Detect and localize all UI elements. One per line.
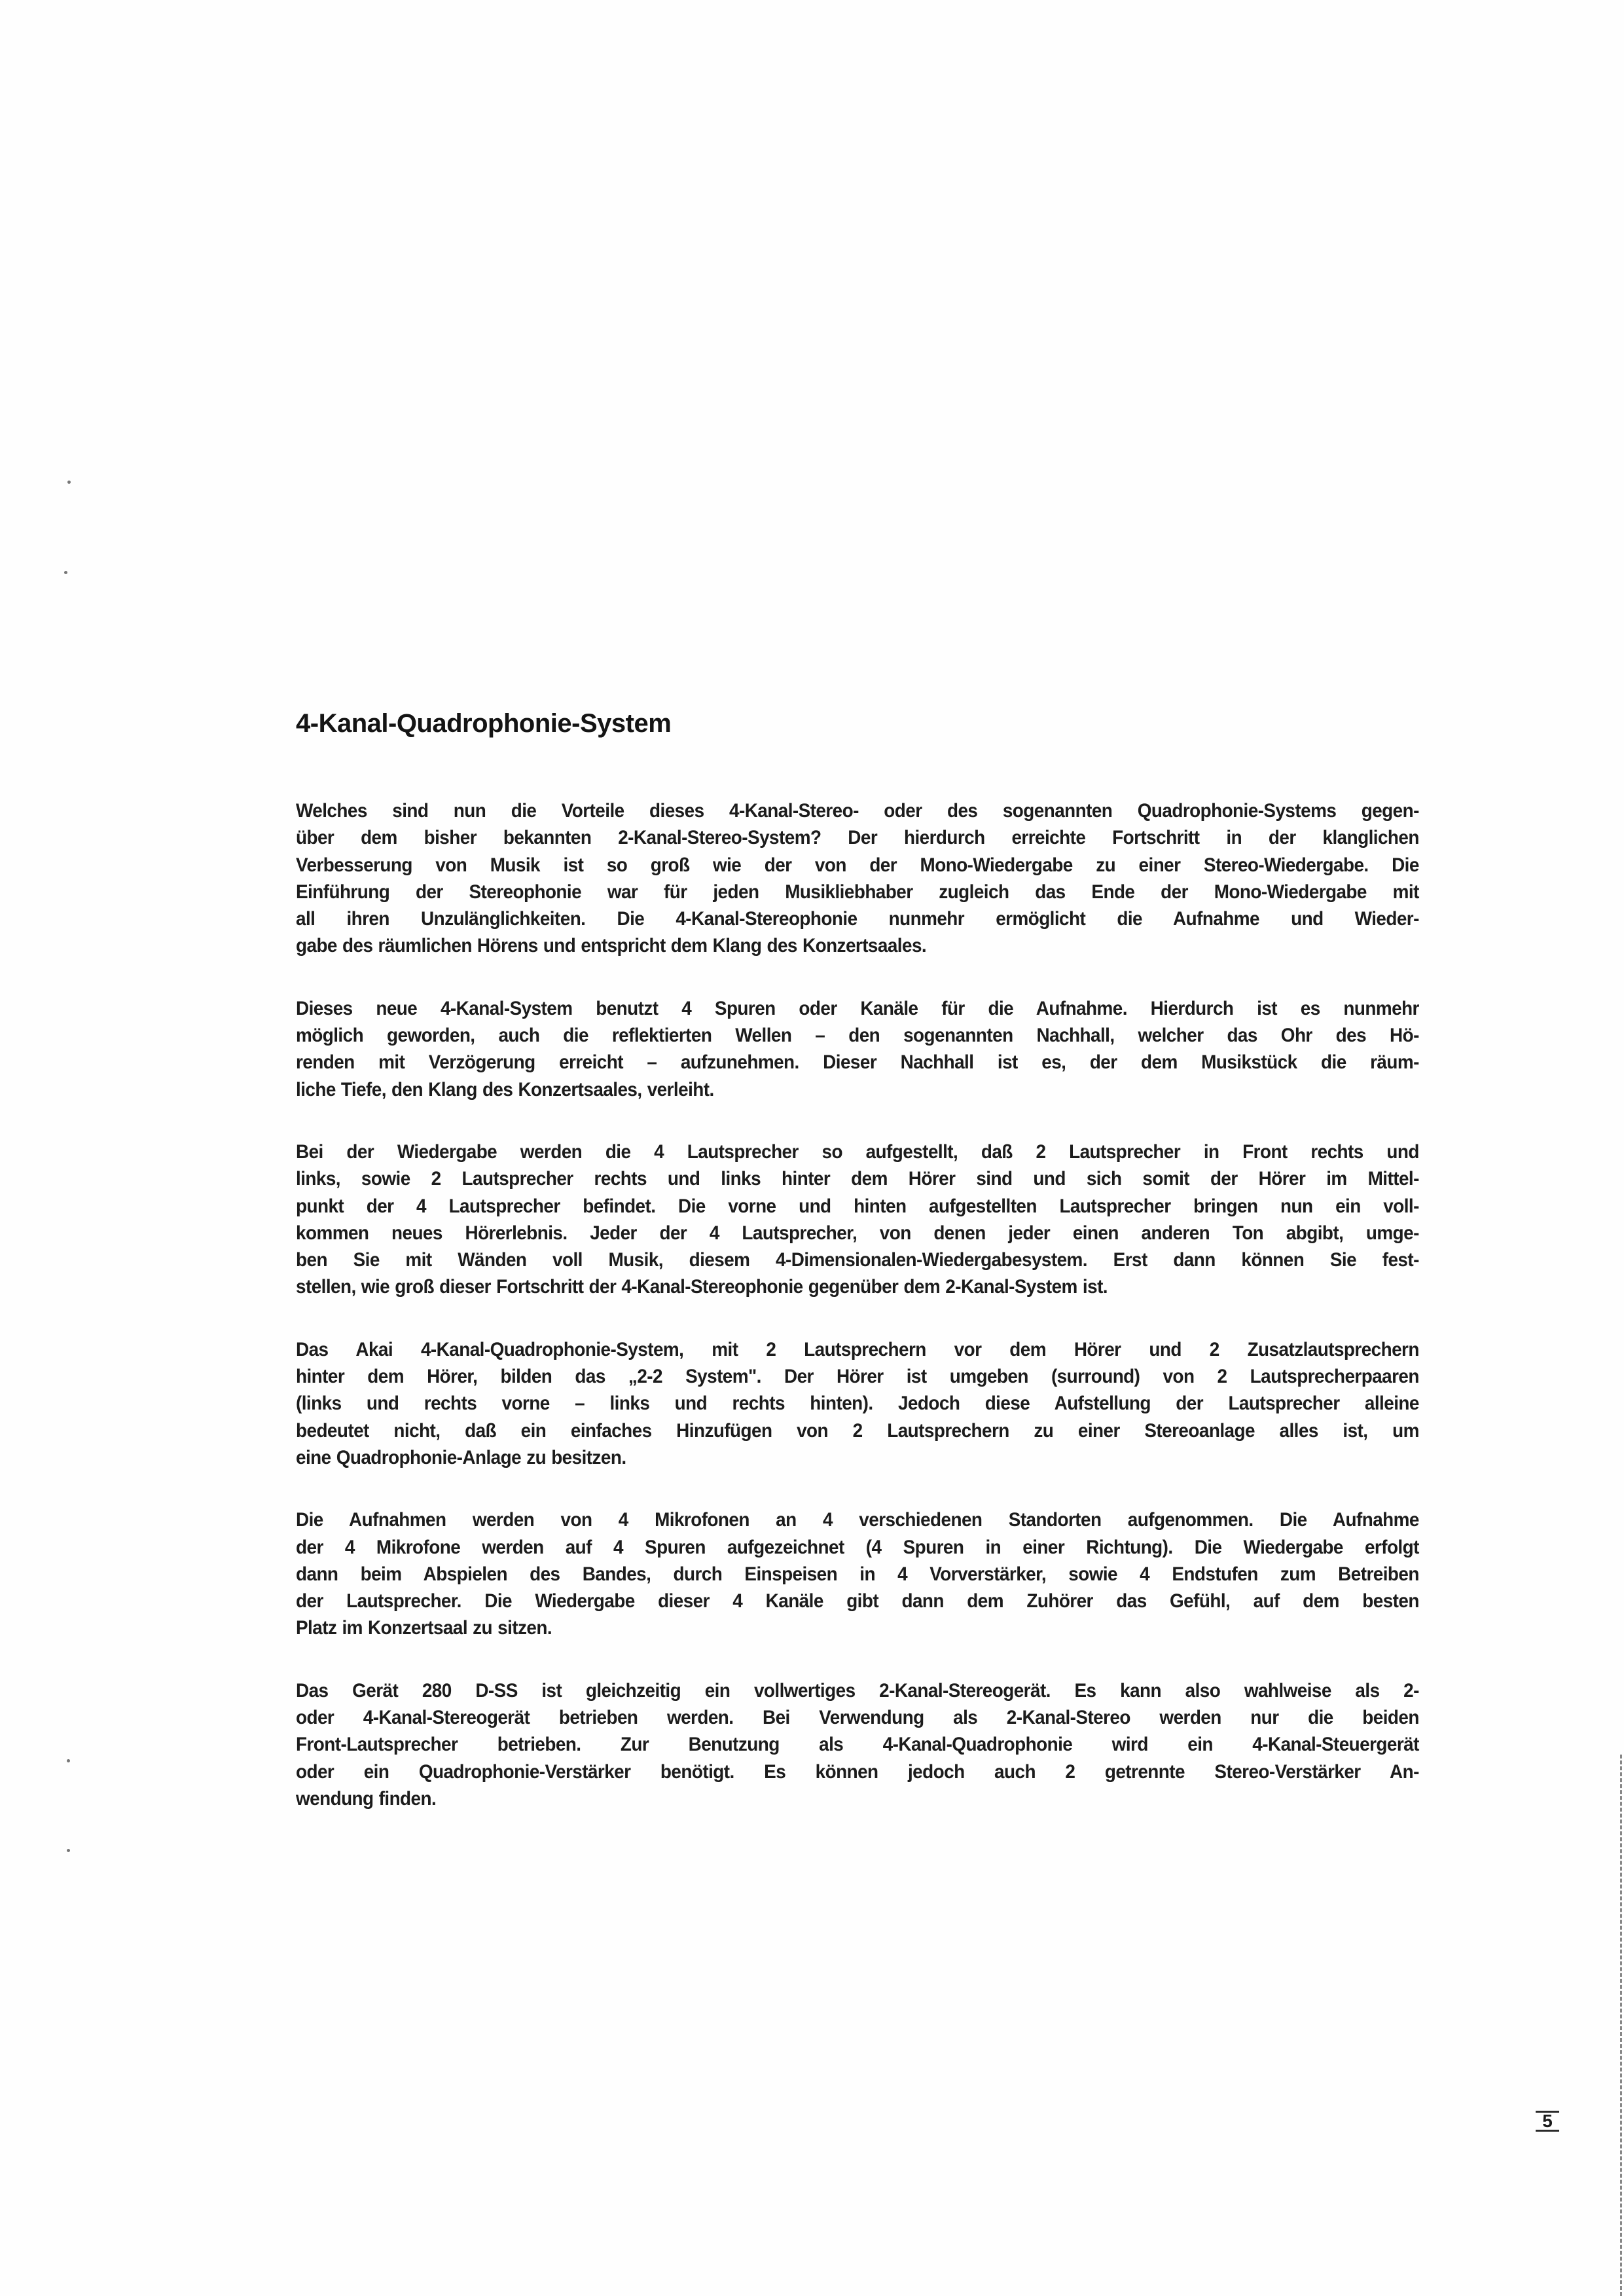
- body-text: Welches sind nun die Vorteile dieses 4-K…: [296, 797, 1419, 1848]
- text-line: möglich geworden, auch die reflektierten…: [296, 1022, 1419, 1049]
- text-line: Das Akai 4-Kanal-Quadrophonie-System, mi…: [296, 1336, 1419, 1363]
- paragraph-3: Bei der Wiedergabe werden die 4 Lautspre…: [296, 1139, 1419, 1301]
- text-line: Platz im Konzertsaal zu sitzen.: [296, 1614, 1419, 1641]
- text-line: der 4 Mikrofone werden auf 4 Spuren aufg…: [296, 1534, 1419, 1561]
- paragraph-1: Welches sind nun die Vorteile dieses 4-K…: [296, 797, 1419, 960]
- scan-edge-line: [1620, 1755, 1622, 2296]
- text-line: kommen neues Hörerlebnis. Jeder der 4 La…: [296, 1220, 1419, 1247]
- text-line: dann beim Abspielen des Bandes, durch Ei…: [296, 1561, 1419, 1588]
- scan-speck: [67, 481, 71, 484]
- paragraph-6: Das Gerät 280 D-SS ist gleichzeitig ein …: [296, 1677, 1419, 1812]
- text-line: hinter dem Hörer, bilden das „2-2 System…: [296, 1363, 1419, 1390]
- text-line: bedeutet nicht, daß ein einfaches Hinzuf…: [296, 1417, 1419, 1444]
- text-line: liche Tiefe, den Klang des Konzertsaales…: [296, 1076, 1419, 1103]
- paragraph-5: Die Aufnahmen werden von 4 Mikrofonen an…: [296, 1506, 1419, 1641]
- text-line: all ihren Unzulänglichkeiten. Die 4-Kana…: [296, 905, 1419, 932]
- text-line: Dieses neue 4-Kanal-System benutzt 4 Spu…: [296, 995, 1419, 1022]
- paragraph-2: Dieses neue 4-Kanal-System benutzt 4 Spu…: [296, 995, 1419, 1103]
- text-line: Das Gerät 280 D-SS ist gleichzeitig ein …: [296, 1677, 1419, 1704]
- text-line: Front-Lautsprecher betrieben. Zur Benutz…: [296, 1731, 1419, 1758]
- page-number: 5: [1536, 2111, 1559, 2132]
- scan-speck: [67, 1849, 70, 1852]
- scan-speck: [64, 571, 67, 574]
- scan-speck: [67, 1759, 70, 1762]
- section-title: 4-Kanal-Quadrophonie-System: [296, 709, 671, 738]
- text-line: Bei der Wiedergabe werden die 4 Lautspre…: [296, 1139, 1419, 1165]
- text-line: oder 4-Kanal-Stereogerät betrieben werde…: [296, 1704, 1419, 1731]
- text-line: Die Aufnahmen werden von 4 Mikrofonen an…: [296, 1506, 1419, 1533]
- paragraph-4: Das Akai 4-Kanal-Quadrophonie-System, mi…: [296, 1336, 1419, 1471]
- text-line: wendung finden.: [296, 1785, 1419, 1812]
- text-line: Verbesserung von Musik ist so groß wie d…: [296, 852, 1419, 879]
- text-line: renden mit Verzögerung erreicht – aufzun…: [296, 1049, 1419, 1076]
- text-line: (links und rechts vorne – links und rech…: [296, 1390, 1419, 1417]
- document-page: 4-Kanal-Quadrophonie-System Welches sind…: [0, 0, 1624, 2296]
- text-line: gabe des räumlichen Hörens und entsprich…: [296, 932, 1419, 959]
- text-line: ben Sie mit Wänden voll Musik, diesem 4-…: [296, 1247, 1419, 1273]
- text-line: punkt der 4 Lautsprecher befindet. Die v…: [296, 1193, 1419, 1220]
- text-line: eine Quadrophonie-Anlage zu besitzen.: [296, 1444, 1419, 1471]
- text-line: Einführung der Stereophonie war für jede…: [296, 879, 1419, 905]
- text-line: Welches sind nun die Vorteile dieses 4-K…: [296, 797, 1419, 824]
- text-line: links, sowie 2 Lautsprecher rechts und l…: [296, 1165, 1419, 1192]
- text-line: über dem bisher bekannten 2-Kanal-Stereo…: [296, 824, 1419, 851]
- text-line: stellen, wie groß dieser Fortschritt der…: [296, 1273, 1419, 1300]
- text-line: oder ein Quadrophonie-Verstärker benötig…: [296, 1758, 1419, 1785]
- text-line: der Lautsprecher. Die Wiedergabe dieser …: [296, 1588, 1419, 1614]
